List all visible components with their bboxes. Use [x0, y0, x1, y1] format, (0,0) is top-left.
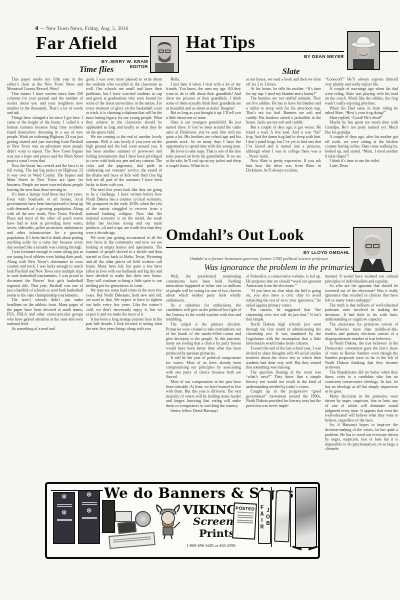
omdahl-column-2: of Federalist, a conservative website, i… — [246, 274, 321, 475]
hat-tips-rule — [186, 51, 344, 52]
far-afield-column-1: This paper marks my fifth year in the ed… — [7, 77, 83, 473]
ad-logo-screen: Screen — [193, 517, 234, 528]
omdahl-title: Omdahl’s Out Look — [166, 228, 304, 244]
banner-stand — [295, 487, 317, 548]
feather-flag — [274, 490, 291, 542]
folio-line: 4 — New Town News, Friday, Aug. 5, 2016 — [35, 25, 128, 32]
ad-phone-number: 1-800-696-3485 or 463-2598 — [155, 543, 267, 548]
omdahl-column-3: mented. It would have violated our cultu… — [325, 274, 398, 527]
dean-meyer-portrait-icon — [348, 32, 379, 69]
hat-tips-column-title: Slate — [186, 66, 396, 76]
round-logo-sign — [135, 511, 151, 527]
lloyd-omdahl-portrait-icon — [354, 228, 391, 271]
wide-sample-banner — [109, 532, 156, 549]
far-afield-title: Far Afield — [36, 34, 117, 52]
viking-mascot-icon — [155, 504, 181, 540]
sample-banner-card — [117, 521, 136, 534]
far-afield-column-title: Time flies — [36, 64, 157, 74]
newspaper-page: 4 — New Town News, Friday, Aug. 5, 2016 … — [0, 0, 400, 600]
snowflake-icon: ❄ — [79, 491, 99, 500]
lloyd-omdahl-headshot — [353, 227, 392, 272]
edition-line: — New Town News, Friday, Aug. 5, 2016 — [40, 27, 128, 32]
dean-meyer-headshot — [347, 31, 380, 70]
ad-logo-prints: Prints — [199, 529, 235, 540]
omdahl-byline: BY LLOYD OMDAHL — [240, 250, 350, 256]
sample-sign-card — [115, 511, 132, 522]
job-fair-flag: JOB FAIR — [258, 490, 271, 544]
hat-tips-column-1: Hello,I just hate it when I visit with a… — [166, 77, 241, 227]
hat-tips-column-2: at our house, we read a book and then we… — [246, 77, 321, 227]
ad-logo-viking: VIKING — [183, 504, 237, 517]
snowflake-icon: ❄ — [54, 493, 74, 502]
omdahl-column-1: Well, the presidential nominating conven… — [166, 274, 241, 475]
hat-tips-title: Hat Tips — [186, 33, 255, 51]
small-vertical-banner — [102, 500, 115, 533]
snowflake-icon: ❄ — [79, 507, 99, 516]
posted-sign: POSTED — [232, 502, 257, 539]
omdahl-rule — [166, 247, 350, 248]
hat-tips-byline: BY DEAN MEYER — [250, 54, 344, 60]
holiday-pole-banner-left: ❄ ❄ — [53, 492, 75, 544]
hat-tips-rule-right — [380, 51, 398, 52]
omdahl-credit-line: Omdahl is a former lieutenant governor, … — [168, 256, 350, 261]
viking-screen-prints-ad: ❄ ❄ ❄ ❄ We do Banners & Signs — [45, 482, 320, 559]
holiday-pole-banner-right: ❄ ❄ — [78, 490, 100, 544]
flag-pole — [290, 487, 291, 547]
flag-pole — [271, 487, 272, 547]
page-number: 4 — [35, 25, 38, 32]
far-afield-column-2: goob, I was even more pleased to write a… — [86, 77, 162, 473]
far-afield-rule — [36, 56, 149, 57]
hat-tips-column-3: “Goooood!” He’ll always express himself … — [325, 77, 398, 229]
snowflake-icon: ❄ — [54, 509, 74, 518]
